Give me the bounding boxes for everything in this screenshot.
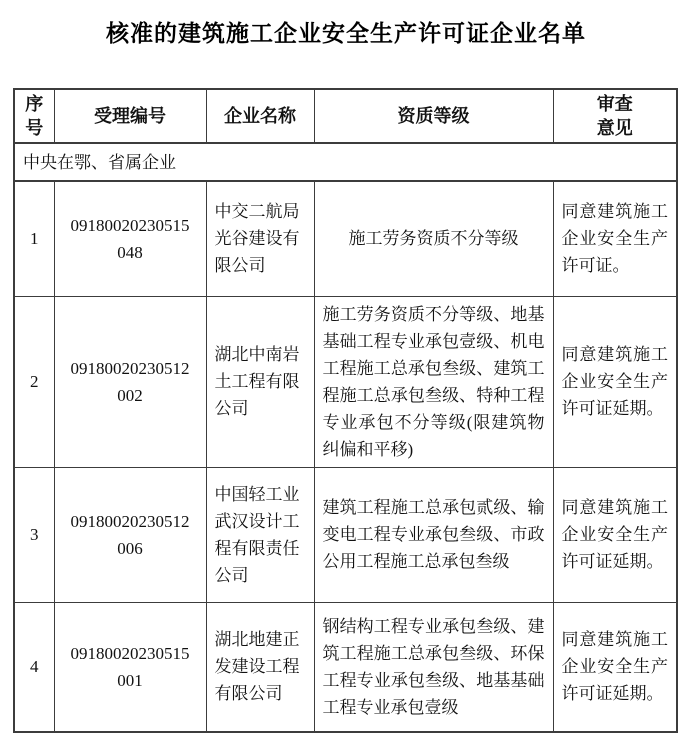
row-3-accept-no: 09180020230512 006 [54, 467, 206, 602]
page-title: 核准的建筑施工企业安全生产许可证企业名单 [0, 15, 692, 48]
table-header-row: 序 号 受理编号 企业名称 资质等级 审查 意见 [14, 89, 677, 143]
row-1-qualification: 施工劳务资质不分等级 [314, 181, 553, 296]
row-2-accept-no: 09180020230512 002 [54, 296, 206, 467]
section-row: 中央在鄂、省属企业 [14, 143, 677, 181]
document-page: 核准的建筑施工企业安全生产许可证企业名单 序 号 受理编号 企业名称 资质等级 … [0, 0, 692, 741]
row-4-qualification: 钢结构工程专业承包叁级、建筑工程施工总承包叁级、环保工程专业承包叁级、地基基础工… [314, 602, 553, 732]
table-row: 3 09180020230512 006 中国轻工业武汉设计工程有限责任公司 建… [14, 467, 677, 602]
row-1-company: 中交二航局光谷建设有限公司 [206, 181, 314, 296]
row-2-company: 湖北中南岩土工程有限公司 [206, 296, 314, 467]
row-4-no: 4 [14, 602, 54, 732]
header-company: 企业名称 [206, 89, 314, 143]
header-no: 序 号 [14, 89, 54, 143]
table-row: 1 09180020230515 048 中交二航局光谷建设有限公司 施工劳务资… [14, 181, 677, 296]
table-row: 4 09180020230515 001 湖北地建正发建设工程有限公司 钢结构工… [14, 602, 677, 732]
row-2-no: 2 [14, 296, 54, 467]
row-4-accept-no: 09180020230515 001 [54, 602, 206, 732]
row-3-qualification: 建筑工程施工总承包贰级、输变电工程专业承包叁级、市政公用工程施工总承包叁级 [314, 467, 553, 602]
row-2-opinion: 同意建筑施工企业安全生产许可证延期。 [553, 296, 677, 467]
row-3-opinion: 同意建筑施工企业安全生产许可证延期。 [553, 467, 677, 602]
row-2-qualification: 施工劳务资质不分等级、地基基础工程专业承包壹级、机电工程施工总承包叁级、建筑工程… [314, 296, 553, 467]
row-1-opinion: 同意建筑施工企业安全生产许可证。 [553, 181, 677, 296]
row-1-accept-no: 09180020230515 048 [54, 181, 206, 296]
header-qualification: 资质等级 [314, 89, 553, 143]
license-table: 序 号 受理编号 企业名称 资质等级 审查 意见 中央在鄂、省属企业 1 091… [13, 88, 678, 733]
row-4-opinion: 同意建筑施工企业安全生产许可证延期。 [553, 602, 677, 732]
table-row: 2 09180020230512 002 湖北中南岩土工程有限公司 施工劳务资质… [14, 296, 677, 467]
row-1-no: 1 [14, 181, 54, 296]
row-3-no: 3 [14, 467, 54, 602]
header-opinion: 审查 意见 [553, 89, 677, 143]
header-accept-no: 受理编号 [54, 89, 206, 143]
section-label: 中央在鄂、省属企业 [14, 143, 677, 181]
row-3-company: 中国轻工业武汉设计工程有限责任公司 [206, 467, 314, 602]
row-4-company: 湖北地建正发建设工程有限公司 [206, 602, 314, 732]
